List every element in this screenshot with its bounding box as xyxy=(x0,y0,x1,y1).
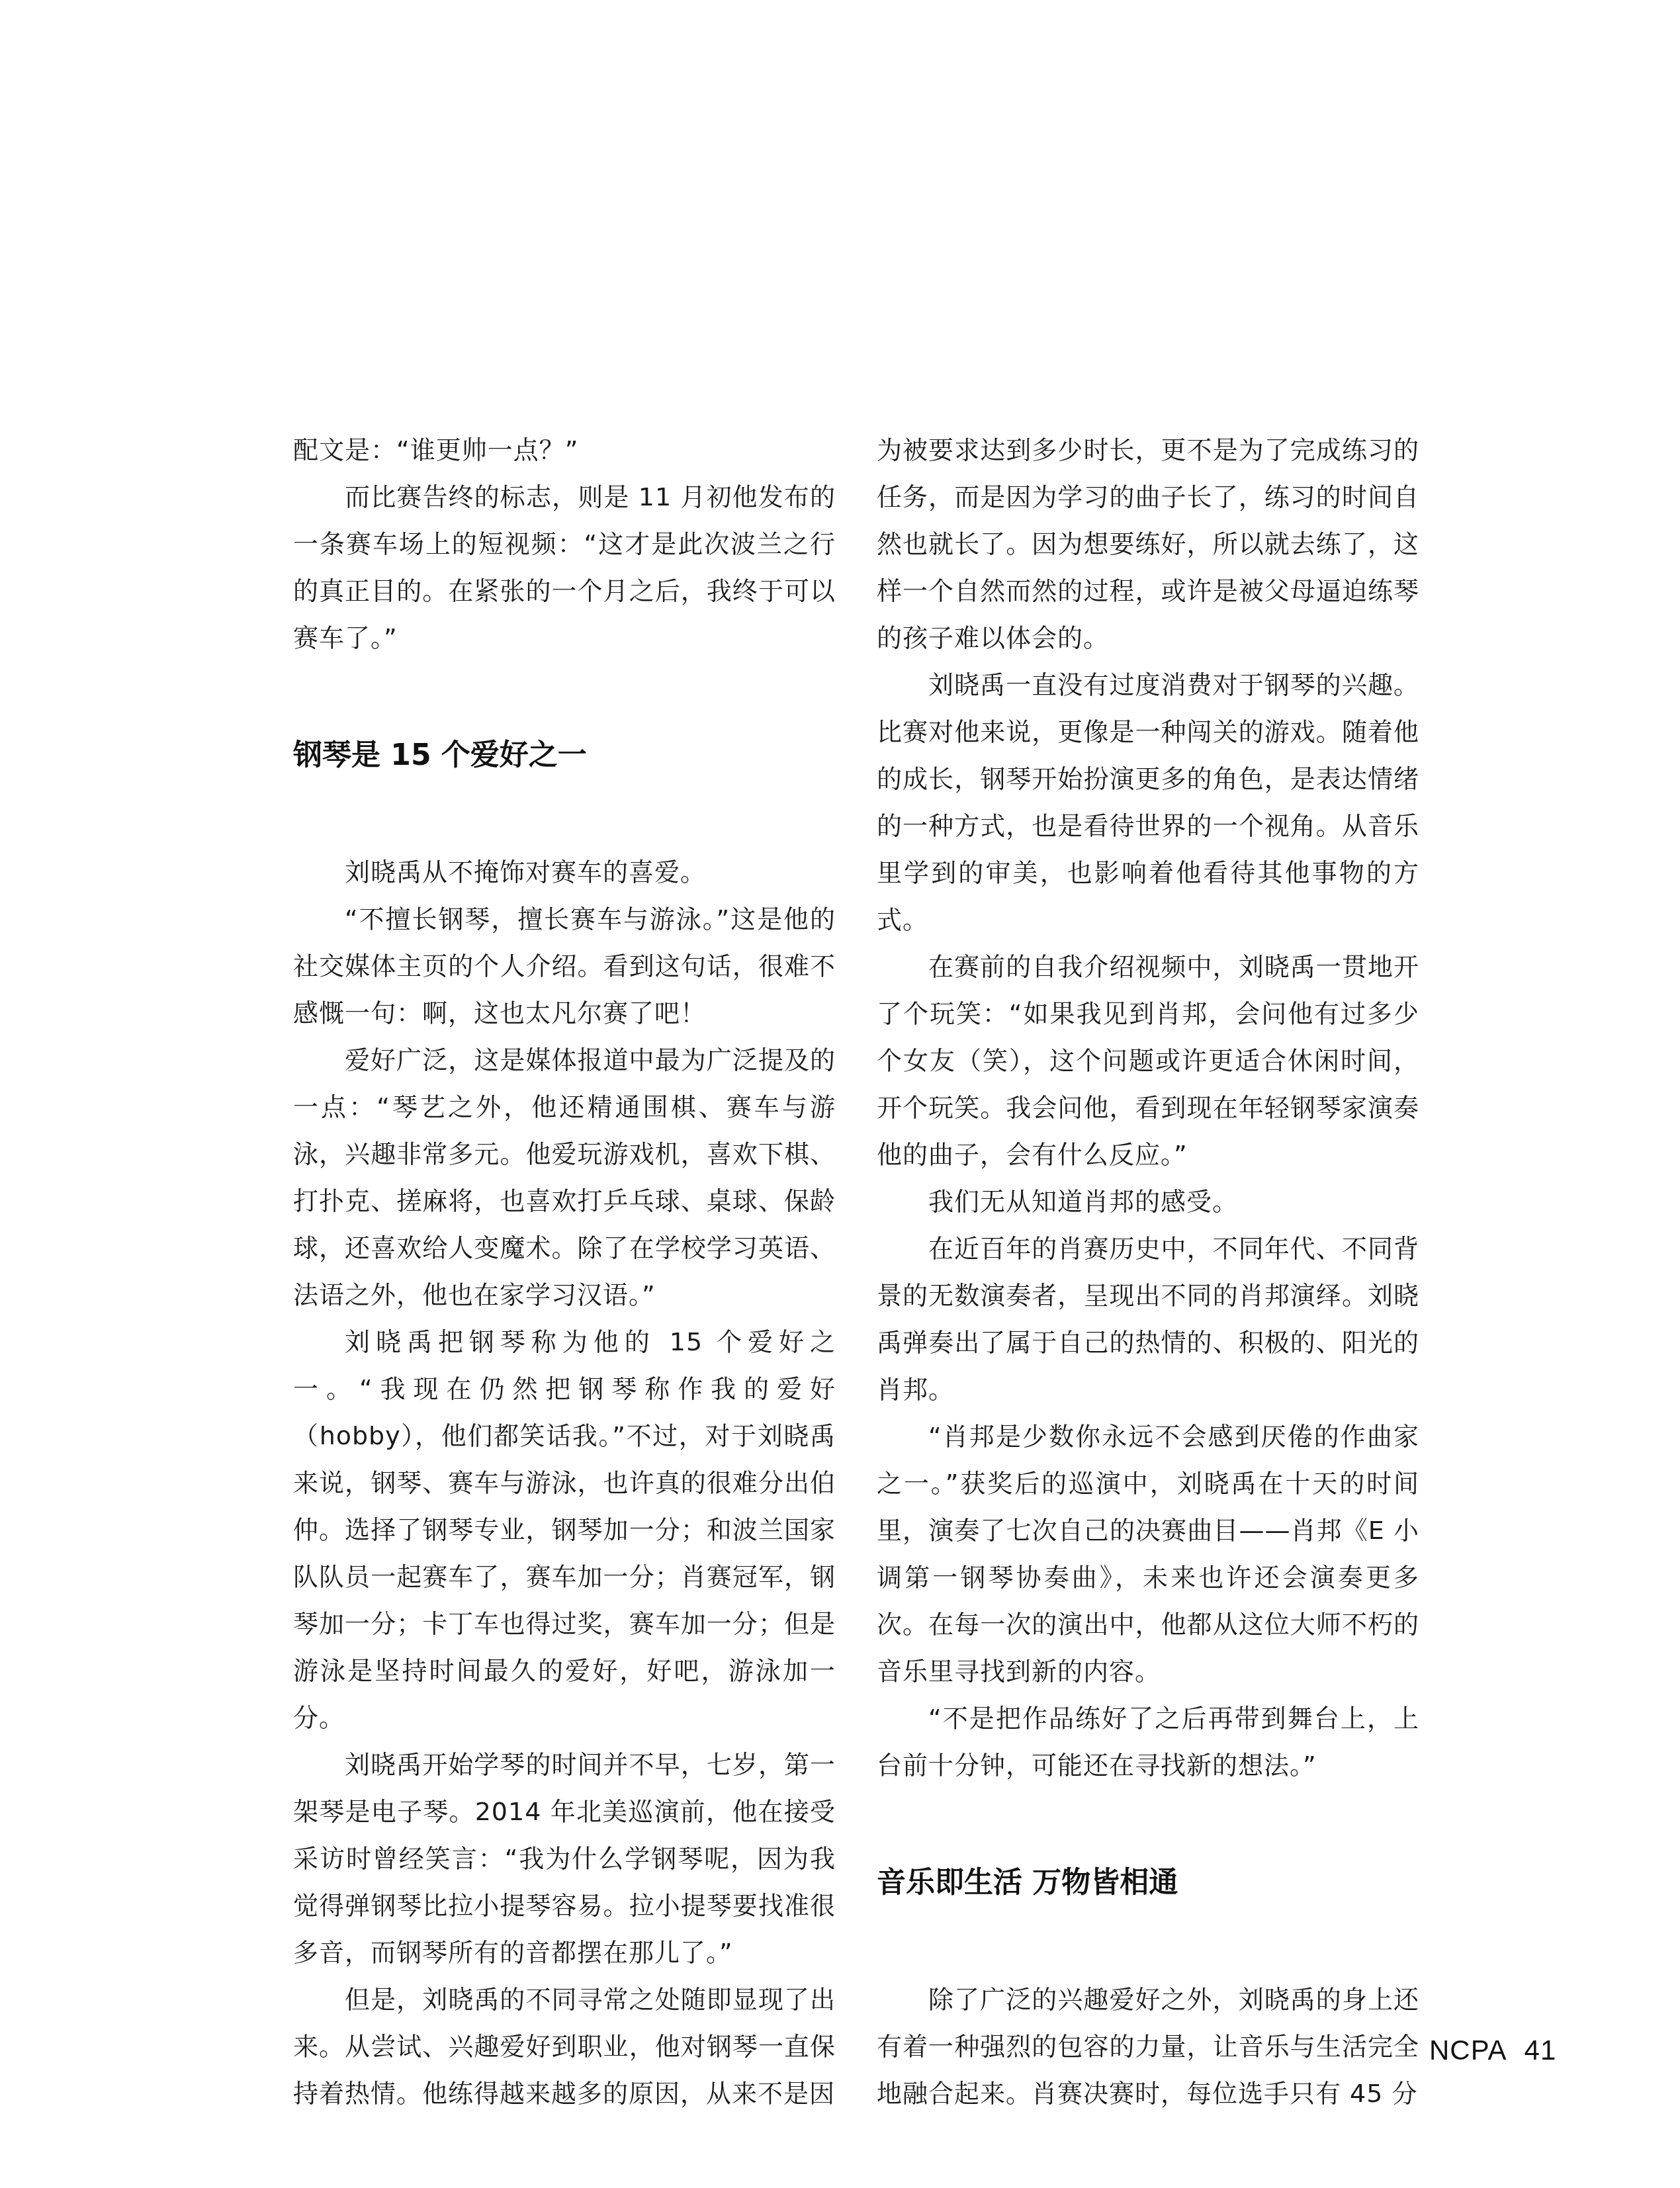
paragraph: 配文是：“谁更帅一点？” xyxy=(293,427,836,474)
paragraph: 在近百年的肖赛历史中，不同年代、不同背景的无数演奏者，呈现出不同的肖邦演绎。刘晓… xyxy=(877,1225,1419,1413)
spacer xyxy=(877,1906,1419,1976)
paragraph: “肖邦是少数你永远不会感到厌倦的作曲家之一。”获奖后的巡演中，刘晓禹在十天的时间… xyxy=(877,1413,1419,1695)
spacer xyxy=(293,779,836,849)
paragraph: 我们无从知道肖邦的感受。 xyxy=(877,1178,1419,1225)
spacer xyxy=(293,662,836,732)
page-footer: NCPA41 xyxy=(1429,2035,1556,2066)
paragraph: “不擅长钢琴，擅长赛车与游泳。”这是他的社交媒体主页的个人介绍。看到这句话，很难… xyxy=(293,896,836,1037)
section-heading: 钢琴是 15 个爱好之一 xyxy=(293,732,836,779)
paragraph: 除了广泛的兴趣爱好之外，刘晓禹的身上还有着一种强烈的包容的力量，让音乐与生活完全… xyxy=(877,1976,1419,2117)
paragraph: 刘晓禹开始学琴的时间并不早，七岁，第一架琴是电子琴。2014 年北美巡演前，他在… xyxy=(293,1741,836,1976)
left-column: 配文是：“谁更帅一点？” 而比赛告终的标志，则是 11 月初他发布的一条赛车场上… xyxy=(293,427,836,2117)
paragraph: “不是把作品练好了之后再带到舞台上，上台前十分钟，可能还在寻找新的想法。” xyxy=(877,1695,1419,1789)
paragraph: 刘晓禹把钢琴称为他的 15 个爱好之一。“我现在仍然把钢琴称作我的爱好（hobb… xyxy=(293,1319,836,1741)
publication-name: NCPA xyxy=(1429,2035,1507,2066)
paragraph: 为被要求达到多少时长，更不是为了完成练习的任务，而是因为学习的曲子长了，练习的时… xyxy=(877,427,1419,662)
section-heading: 音乐即生活 万物皆相通 xyxy=(877,1859,1419,1906)
paragraph: 刘晓禹从不掩饰对赛车的喜爱。 xyxy=(293,849,836,896)
right-column: 为被要求达到多少时长，更不是为了完成练习的任务，而是因为学习的曲子长了，练习的时… xyxy=(877,427,1419,2117)
page-number: 41 xyxy=(1525,2035,1557,2066)
paragraph: 但是，刘晓禹的不同寻常之处随即显现了出来。从尝试、兴趣爱好到职业，他对钢琴一直保… xyxy=(293,1976,836,2117)
spacer xyxy=(877,1789,1419,1859)
paragraph: 在赛前的自我介绍视频中，刘晓禹一贯地开了个玩笑：“如果我见到肖邦，会问他有过多少… xyxy=(877,943,1419,1178)
paragraph: 刘晓禹一直没有过度消费对于钢琴的兴趣。比赛对他来说，更像是一种闯关的游戏。随着他… xyxy=(877,662,1419,943)
paragraph: 爱好广泛，这是媒体报道中最为广泛提及的一点：“琴艺之外，他还精通围棋、赛车与游泳… xyxy=(293,1037,836,1319)
paragraph: 而比赛告终的标志，则是 11 月初他发布的一条赛车场上的短视频：“这才是此次波兰… xyxy=(293,474,836,662)
